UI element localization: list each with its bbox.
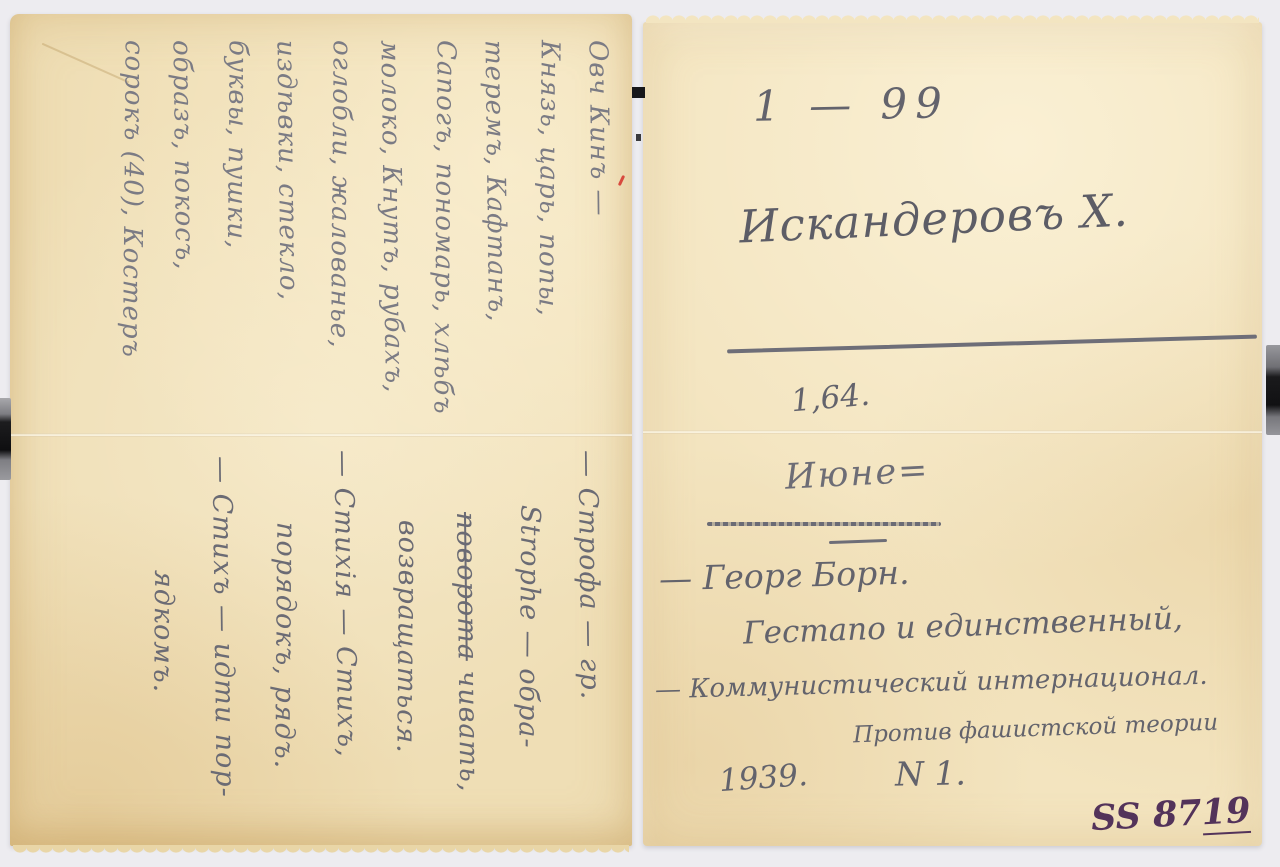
pencil-underline-long <box>727 335 1257 353</box>
handwritten-line: Князь, царь, попы, <box>520 40 576 445</box>
year: 1939. <box>718 757 809 799</box>
number-range: 1 — 99 <box>753 78 951 130</box>
word-list: Овч Кинъ —Князь, царь, попы,теремъ, Кафт… <box>106 40 626 445</box>
pencil-underline-double <box>707 522 941 526</box>
archive-stamp: SS 8719 <box>1090 790 1251 839</box>
gutter-binding-mark <box>632 87 645 98</box>
handwritten-line: Овч Кинъ — <box>572 40 629 446</box>
handwritten-line: порядокъ, рядъ. <box>253 522 317 849</box>
binding-clip-left <box>0 398 11 480</box>
etymology-notes: — Строфа — гр.Strophe — обра-поворота чи… <box>132 450 620 848</box>
left-page: Овч Кинъ —Князь, царь, попы,теремъ, Кафт… <box>10 14 632 846</box>
issue-number: N 1. <box>895 753 967 793</box>
handwritten-line: поворота чивать, <box>435 512 500 849</box>
handwritten-line: образъ, покосъ, <box>156 40 213 446</box>
handwritten-line: — Стихъ — идти пор- <box>191 456 257 849</box>
entry-series: — Коммунистический интернационал. <box>655 661 1208 705</box>
handwritten-line: оглобли, жалованье, <box>312 40 368 445</box>
entry-title: Гестапо и единственный, <box>743 600 1184 651</box>
binding-clip-right <box>1266 345 1280 435</box>
handwritten-line: ядкомъ. <box>131 570 194 849</box>
archive-stamp-prefix: SS 87 <box>1090 792 1203 839</box>
perforated-edge-top <box>646 12 1259 23</box>
gutter-binding-mark-small <box>636 134 641 141</box>
handwritten-line: Сапогъ, пономарь, хлѣбъ <box>416 40 472 445</box>
handwritten-line: — Строфа — гр. <box>557 450 623 849</box>
right-page: 1 — 99 Искандеровъ X. 1,64. Июне= — Геор… <box>643 22 1262 846</box>
struck-word: поворота <box>450 512 483 661</box>
handwritten-line: возвращаться. <box>375 520 439 849</box>
handwritten-line: сорокъ (40), Костеръ <box>104 40 160 445</box>
rotated-handwriting-block: Овч Кинъ —Князь, царь, попы,теремъ, Кафт… <box>60 30 630 850</box>
price-note: 1,64. <box>790 377 872 420</box>
handwritten-line: молоко, Кнутъ, рубахъ, <box>364 40 421 446</box>
fold-crease <box>643 430 1262 434</box>
handwritten-line: Strophe — обра- <box>497 505 561 849</box>
handwritten-line: теремъ, Кафтанъ, <box>468 40 525 446</box>
handwritten-line: буквы, пушки, <box>208 40 264 445</box>
pencil-stroke-small <box>829 539 887 544</box>
entry-subject: Против фашистской теории <box>853 710 1219 749</box>
handwritten-line: издѣвки, стекло, <box>260 40 317 446</box>
archive-stamp-underlined: 19 <box>1201 790 1252 835</box>
handwritten-line: — Стихія — Стихъ, <box>313 450 379 849</box>
entry-author: — Георг Борн. <box>659 553 910 599</box>
month-scrawl: Июне= <box>784 450 930 498</box>
title-word: Искандеровъ X. <box>738 184 1130 254</box>
